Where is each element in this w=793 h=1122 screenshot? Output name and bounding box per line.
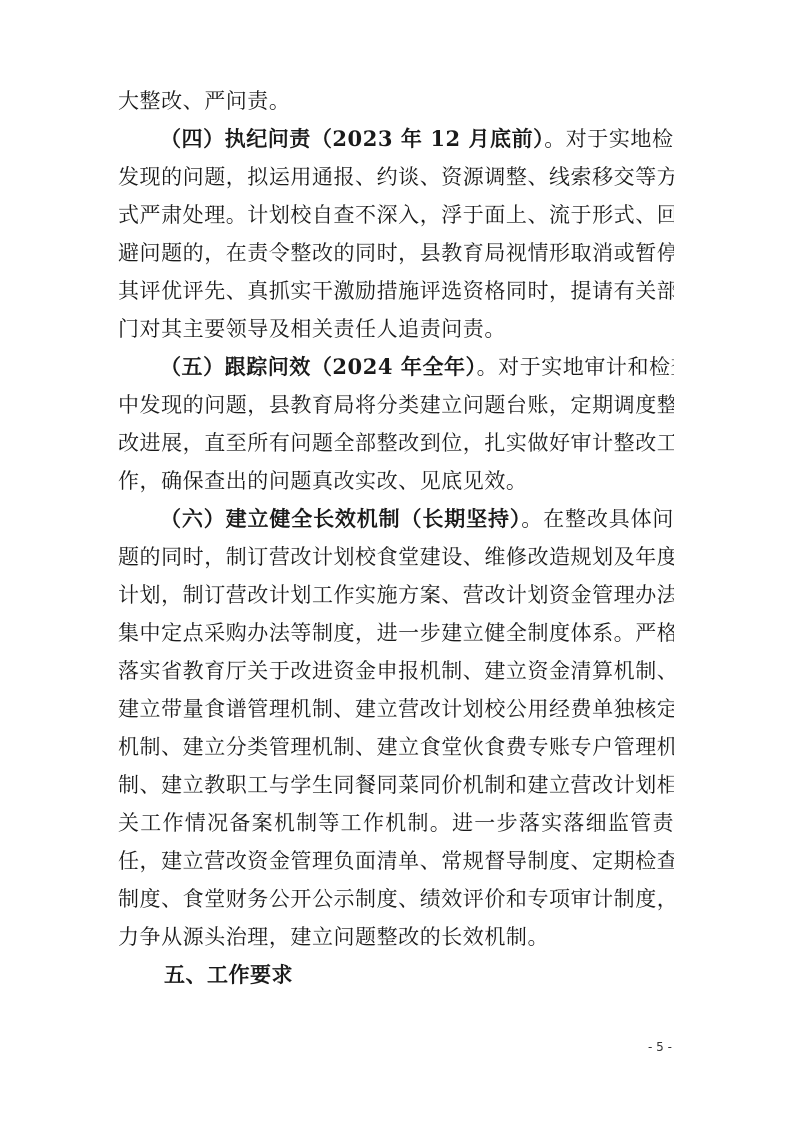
section-6-heading-line: （六）建立健全长效机制（长期坚持）。在整改具体问 — [118, 500, 674, 538]
paragraph-line: 关工作情况备案机制等工作机制。进一步落实落细监管责 — [118, 804, 674, 842]
paragraph-line: 制度、食堂财务公开公示制度、绩效评价和专项审计制度， — [118, 880, 674, 918]
page-number: - 5 - — [648, 1040, 672, 1054]
paragraph-line: 机制、建立分类管理机制、建立食堂伙食费专账专户管理机 — [118, 728, 674, 766]
paragraph-line: 其评优评先、真抓实干激励措施评选资格同时，提请有关部 — [118, 272, 674, 310]
paragraph-line: 制、建立教职工与学生同餐同菜同价机制和建立营改计划相 — [118, 766, 674, 804]
section-5-title: （五）跟踪问效（2024 年全年） — [160, 354, 477, 379]
paragraph-line: 避问题的，在责令整改的同时，县教育局视情形取消或暂停 — [118, 234, 674, 272]
paragraph-line: 建立带量食谱管理机制、建立营改计划校公用经费单独核定 — [118, 690, 674, 728]
paragraph-line: 落实省教育厅关于改进资金申报机制、建立资金清算机制、 — [118, 652, 674, 690]
paragraph-line: 计划，制订营改计划工作实施方案、营改计划资金管理办法、 — [118, 576, 674, 614]
paragraph-line: 任，建立营改资金管理负面清单、常规督导制度、定期检查 — [118, 842, 674, 880]
section-4-title: （四）执纪问责（2023 年 12 月底前） — [160, 126, 544, 151]
section-heading-work-requirements: 五、工作要求 — [118, 956, 674, 994]
paragraph-line: 门对其主要领导及相关责任人追责问责。 — [118, 310, 674, 348]
paragraph-line: 大整改、严问责。 — [118, 82, 674, 120]
document-body: 大整改、严问责。 （四）执纪问责（2023 年 12 月底前）。对于实地检查 发… — [118, 82, 674, 994]
paragraph-line: 中发现的问题，县教育局将分类建立问题台账，定期调度整 — [118, 386, 674, 424]
section-4-heading-line: （四）执纪问责（2023 年 12 月底前）。对于实地检查 — [118, 120, 674, 158]
section-6-title: （六）建立健全长效机制（长期坚持） — [160, 506, 521, 531]
section-5-heading-line: （五）跟踪问效（2024 年全年）。对于实地审计和检查 — [118, 348, 674, 386]
paragraph-line: 作，确保查出的问题真改实改、见底见效。 — [118, 462, 674, 500]
paragraph-line: 集中定点采购办法等制度，进一步建立健全制度体系。严格 — [118, 614, 674, 652]
paragraph-line: 题的同时，制订营改计划校食堂建设、维修改造规划及年度 — [118, 538, 674, 576]
paragraph-line: 改进展，直至所有问题全部整改到位，扎实做好审计整改工 — [118, 424, 674, 462]
paragraph-line: 力争从源头治理，建立问题整改的长效机制。 — [118, 918, 674, 956]
paragraph-line: 式严肃处理。计划校自查不深入，浮于面上、流于形式、回 — [118, 196, 674, 234]
paragraph-line: 发现的问题，拟运用通报、约谈、资源调整、线索移交等方 — [118, 158, 674, 196]
document-page: 大整改、严问责。 （四）执纪问责（2023 年 12 月底前）。对于实地检查 发… — [0, 0, 793, 1122]
